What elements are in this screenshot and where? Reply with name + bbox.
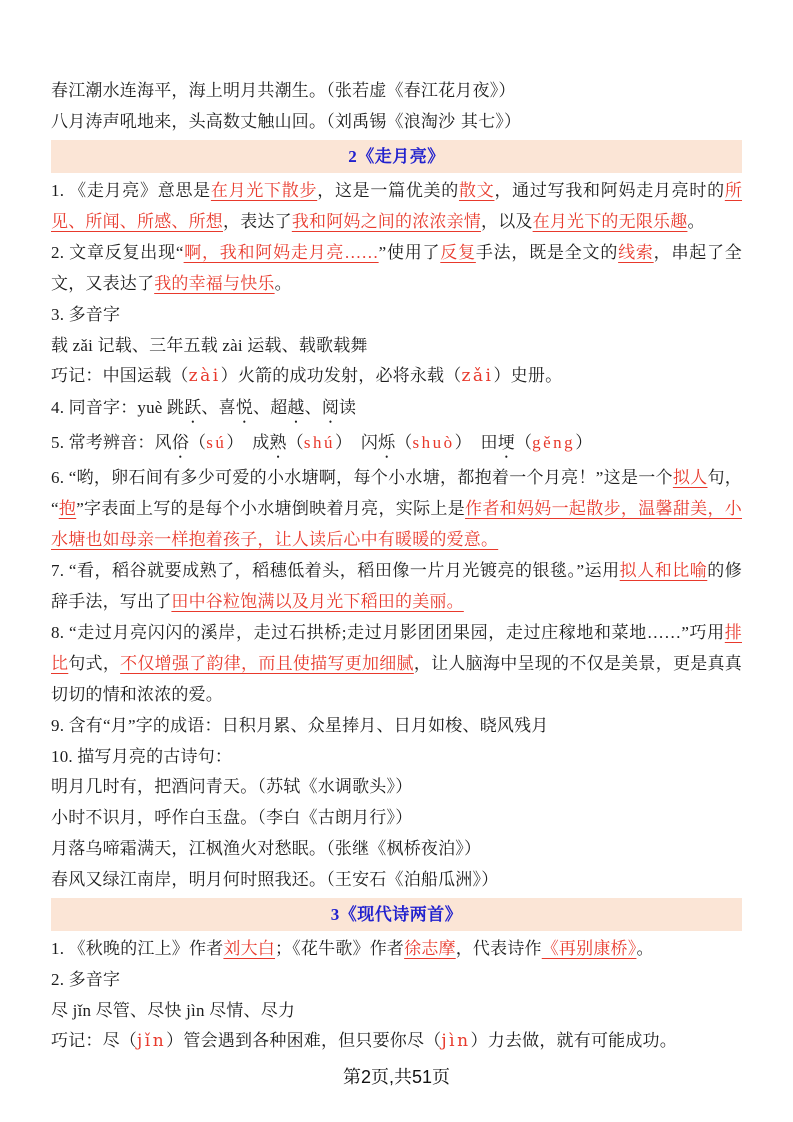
text-run: 4. 同音字：yuè 跳	[51, 398, 184, 417]
text-run: ”使用了	[379, 243, 441, 262]
numbered-item-5: 5. 常考辨音：风俗（sú） 成熟（shú） 闪烁（shuò） 田埂（gěng）	[51, 427, 742, 462]
key-point-red: 在月光下散步	[211, 181, 317, 200]
text-run: ） 田	[455, 433, 498, 452]
text-run: 9. 含有“月”字的成语：日积月累、众星捧月、日月如梭、晓风残月	[51, 716, 549, 735]
text-run: 1. 《秋晚的江上》作者	[51, 939, 223, 958]
text-run: 春江潮水连海平，海上明月共潮生。（张若虚《春江花月夜》）	[51, 81, 516, 101]
text-run: 句式，	[68, 654, 120, 673]
text-run: 3. 多音字	[51, 305, 120, 324]
text-run: ，代表诗作	[456, 939, 542, 958]
numbered-item-1: 1. 《走月亮》意思是在月光下散步，这是一篇优美的散文，通过写我和阿妈走月亮时的…	[51, 175, 742, 237]
text-run: ”字表面上写的是每个小水塘倒映着月亮，实际上是	[76, 499, 465, 518]
text-run: 10. 描写月亮的古诗句：	[51, 747, 232, 766]
text-run: 月落乌啼霜满天，江枫渔火对愁眠。（张继《枫桥夜泊》）	[51, 839, 481, 859]
text-run: ，通过写我和阿妈走月亮时的	[494, 181, 724, 200]
text-run: ）	[575, 433, 592, 452]
numbered-item-2: 2. 文章反复出现“啊，我和阿妈走月亮……”使用了反复手法，既是全文的线索，串起…	[51, 237, 742, 299]
text-run: 读	[339, 398, 356, 417]
poem-line: 春风又绿江南岸，明月何时照我还。（王安石《泊船瓜洲》）	[51, 865, 742, 896]
numbered-item-7: 7. “看，稻谷就要成熟了，稻穗低着头，稻田像一片月光镀亮的银毯。”运用拟人和比…	[51, 555, 742, 617]
key-point-red: 我和阿妈之间的浓浓亲情	[292, 212, 481, 231]
key-point-red: 《再别康桥》	[542, 939, 637, 958]
polyphone-line: 尽 jǐn 尽管、尽快 jìn 尽情、尽力	[51, 995, 742, 1026]
key-point-red: 反复	[440, 243, 476, 262]
pinyin: shú	[304, 433, 335, 452]
key-point-red: 在月光下的无限乐趣	[533, 212, 688, 231]
key-point-red: 不仅增强了韵律，而且使描写更加细腻	[120, 654, 414, 673]
document-content: 春江潮水连海平，海上明月共潮生。（张若虚《春江花月夜》）八月涛声吼地来，头高数丈…	[0, 0, 793, 1057]
text-run: 。	[275, 274, 292, 293]
dotted-character: 俗	[172, 433, 189, 452]
mnemonic-line: 巧记：中国运载（zài）火箭的成功发射，必将永载（zǎi）史册。	[51, 361, 742, 392]
text-run: 巧记：尽（	[51, 1031, 137, 1051]
text-run: 明月几时有，把酒问青天。（苏轼《水调歌头》）	[51, 777, 412, 797]
text-run: 。	[636, 939, 653, 958]
dotted-character: 跃	[184, 398, 201, 417]
text-run: 。	[687, 212, 704, 231]
dotted-character: 阅	[322, 398, 339, 417]
numbered-item-2: 2. 多音字	[51, 964, 742, 995]
dotted-character: 熟	[269, 433, 286, 452]
dotted-character: 悦	[236, 398, 253, 417]
section-header-lesson2: 2《走月亮》	[51, 140, 742, 173]
text-run: 、	[305, 398, 322, 417]
text-run: ） 闪	[335, 433, 378, 452]
poem-line: 小时不识月，呼作白玉盘。（李白《古朗月行》）	[51, 803, 742, 834]
numbered-item-10: 10. 描写月亮的古诗句：	[51, 741, 742, 772]
pinyin: gěng	[532, 433, 575, 452]
numbered-item-6: 6. “哟，卵石间有多少可爱的小水塘啊，每个小水塘，都抱着一个月亮！”这是一个拟…	[51, 462, 742, 555]
text-run: 2. 文章反复出现“	[51, 243, 184, 262]
dotted-character: 越	[287, 398, 304, 417]
text-run: 尽 jǐn 尽管、尽快 jìn 尽情、尽力	[51, 1001, 295, 1020]
text-run: ）火箭的成功发射，必将永载（	[221, 366, 462, 386]
pinyin: zǎi	[461, 366, 493, 386]
text-run: ，以及	[481, 212, 533, 231]
dotted-character: 埂	[498, 433, 515, 452]
polyphone-line: 载 zǎi 记载、三年五载 zài 运载、载歌载舞	[51, 330, 742, 361]
text-run: （	[515, 433, 532, 452]
poem-line: 月落乌啼霜满天，江枫渔火对愁眠。（张继《枫桥夜泊》）	[51, 834, 742, 865]
poem-line: 春江潮水连海平，海上明月共潮生。（张若虚《春江花月夜》）	[51, 76, 742, 107]
text-run: 8. “走过月亮闪闪的溪岸，走过石拱桥;走过月影团团果园，走过庄稼地和菜地……”…	[51, 623, 725, 642]
text-run: ，表达了	[223, 212, 292, 231]
text-run: 手法，既是全文的	[476, 243, 618, 262]
pinyin: jìn	[441, 1031, 470, 1051]
text-run: 、超	[253, 398, 287, 417]
text-run: 1. 《走月亮》意思是	[51, 181, 211, 200]
key-point-red: 我的幸福与快乐	[154, 274, 274, 293]
text-run: ） 成	[226, 433, 269, 452]
key-point-red: 拟人和比喻	[620, 561, 708, 580]
text-run: 7. “看，稻谷就要成熟了，稻穗低着头，稻田像一片月光镀亮的银毯。”运用	[51, 561, 620, 580]
key-point-red: 啊，我和阿妈走月亮……	[184, 243, 379, 262]
text-run: ）管会遇到各种困难，但只要你尽（	[166, 1031, 441, 1051]
text-run: 6. “哟，卵石间有多少可爱的小水塘啊，每个小水塘，都抱着一个月亮！”这是一个	[51, 468, 673, 487]
numbered-item-9: 9. 含有“月”字的成语：日积月累、众星捧月、日月如梭、晓风残月	[51, 710, 742, 741]
text-run: ）力去做，就有可能成功。	[471, 1031, 677, 1051]
text-run: 载 zǎi 记载、三年五载 zài 运载、载歌载舞	[51, 336, 368, 355]
poem-line: 八月涛声吼地来，头高数丈触山回。（刘禹锡《浪淘沙 其七》）	[51, 107, 742, 138]
text-run: 八月涛声吼地来，头高数丈触山回。（刘禹锡《浪淘沙 其七》）	[51, 112, 521, 132]
text-run: 春风又绿江南岸，明月何时照我还。（王安石《泊船瓜洲》）	[51, 870, 498, 890]
key-point-red: 拟人	[673, 468, 708, 487]
key-point-red: 散文	[459, 181, 494, 200]
pinyin: shuò	[413, 433, 455, 452]
text-run: （	[189, 433, 206, 452]
dotted-character: 烁	[378, 433, 395, 452]
page-number: 第2页,共51页	[0, 1063, 793, 1089]
numbered-item-4: 4. 同音字：yuè 跳跃、喜悦、超越、阅读	[51, 392, 742, 427]
key-point-red: 田中谷粒饱满以及月光下稻田的美丽。	[171, 592, 463, 611]
numbered-item-3: 3. 多音字	[51, 299, 742, 330]
text-run: ；《花牛歌》作者	[275, 939, 404, 958]
poem-line: 明月几时有，把酒问青天。（苏轼《水调歌头》）	[51, 772, 742, 803]
pinyin: sú	[206, 433, 226, 452]
key-point-red: 线索	[618, 243, 654, 262]
pinyin: zài	[189, 366, 221, 386]
text-run: 、喜	[201, 398, 235, 417]
text-run: 小时不识月，呼作白玉盘。（李白《古朗月行》）	[51, 808, 412, 828]
text-run: （	[287, 433, 304, 452]
text-run: 5. 常考辨音：风	[51, 433, 172, 452]
key-point-red: 抱	[59, 499, 76, 518]
section-header-lesson3: 3《现代诗两首》	[51, 898, 742, 931]
numbered-item-8: 8. “走过月亮闪闪的溪岸，走过石拱桥;走过月影团团果园，走过庄稼地和菜地……”…	[51, 617, 742, 710]
text-run: ）史册。	[493, 366, 562, 386]
text-run: 2. 多音字	[51, 970, 120, 989]
text-run: 巧记：中国运载（	[51, 366, 189, 386]
mnemonic-line: 巧记：尽（jǐn）管会遇到各种困难，但只要你尽（jìn）力去做，就有可能成功。	[51, 1026, 742, 1057]
key-point-red: 徐志摩	[404, 939, 456, 958]
key-point-red: 刘大白	[223, 939, 275, 958]
numbered-item-1: 1. 《秋晚的江上》作者刘大白；《花牛歌》作者徐志摩，代表诗作《再别康桥》。	[51, 933, 742, 964]
document-page: 春江潮水连海平，海上明月共潮生。（张若虚《春江花月夜》）八月涛声吼地来，头高数丈…	[0, 0, 793, 1122]
text-run: ，这是一篇优美的	[317, 181, 459, 200]
text-run: （	[395, 433, 412, 452]
pinyin: jǐn	[137, 1031, 166, 1051]
